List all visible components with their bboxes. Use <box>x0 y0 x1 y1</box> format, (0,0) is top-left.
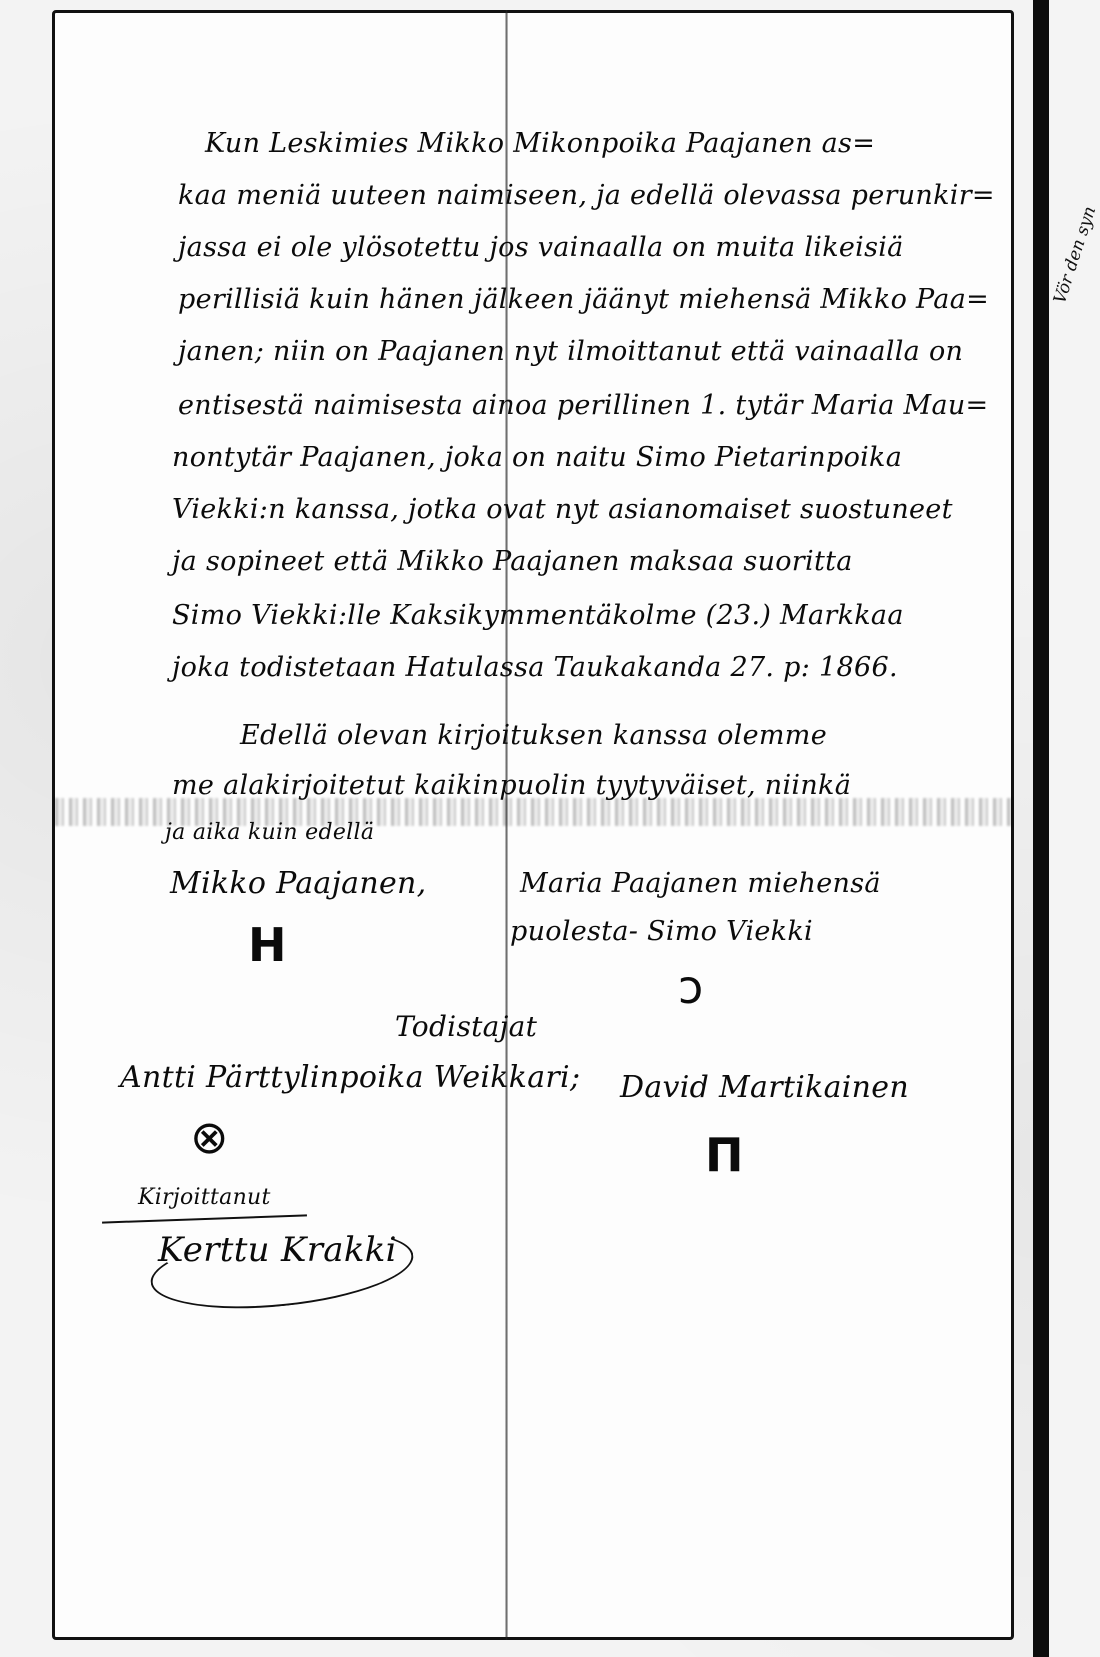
body-line: Edellä olevan kirjoituksen kanssa olemme <box>240 720 827 751</box>
body-line: joka todistetaan Hatulassa Taukakanda 27… <box>172 652 898 683</box>
binding-edge <box>1033 0 1049 1657</box>
body-line: me alakirjoitetut kaikinpuolin tyytyväis… <box>172 770 851 801</box>
signature-mark-c: ↄ <box>678 960 703 1014</box>
body-line: Kun Leskimies Mikko Mikonpoika Paajanen … <box>205 128 875 159</box>
signature-simo-viekki: puolesta- Simo Viekki <box>510 916 813 947</box>
body-line: nontytär Paajanen, joka on naitu Simo Pi… <box>172 442 902 473</box>
body-line: Simo Viekki:lle Kaksikymmentäkolme (23.)… <box>172 600 904 631</box>
signature-mikko-paajanen: Mikko Paajanen, <box>170 866 427 901</box>
signature-mark-h: H <box>248 918 287 972</box>
body-line: janen; niin on Paajanen nyt ilmoittanut … <box>178 336 963 367</box>
witness-mark-pi: Π <box>705 1128 744 1182</box>
body-line: ja sopineet että Mikko Paajanen maksaa s… <box>172 546 853 577</box>
body-line: perillisiä kuin hänen jälkeen jäänyt mie… <box>178 284 989 315</box>
body-line: ja aika kuin edellä <box>165 820 374 845</box>
writer-label: Kirjoittanut <box>138 1185 271 1210</box>
body-line: Viekki:n kanssa, jotka ovat nyt asianoma… <box>172 494 953 525</box>
signature-maria-paajanen: Maria Paajanen miehensä <box>520 868 881 899</box>
body-line: entisestä naimisesta ainoa perillinen 1.… <box>178 390 988 421</box>
witness-mark-cross: ⊗ <box>190 1110 229 1164</box>
witness-antti-weikkari: Antti Pärttylinpoika Weikkari; <box>120 1060 580 1095</box>
body-line: kaa meniä uuteen naimiseen, ja edellä ol… <box>178 180 995 211</box>
witnesses-heading: Todistajat <box>395 1010 537 1043</box>
body-line: jassa ei ole ylösotettu jos vainaalla on… <box>178 232 904 263</box>
witness-david-martikainen: David Martikainen <box>620 1070 909 1105</box>
